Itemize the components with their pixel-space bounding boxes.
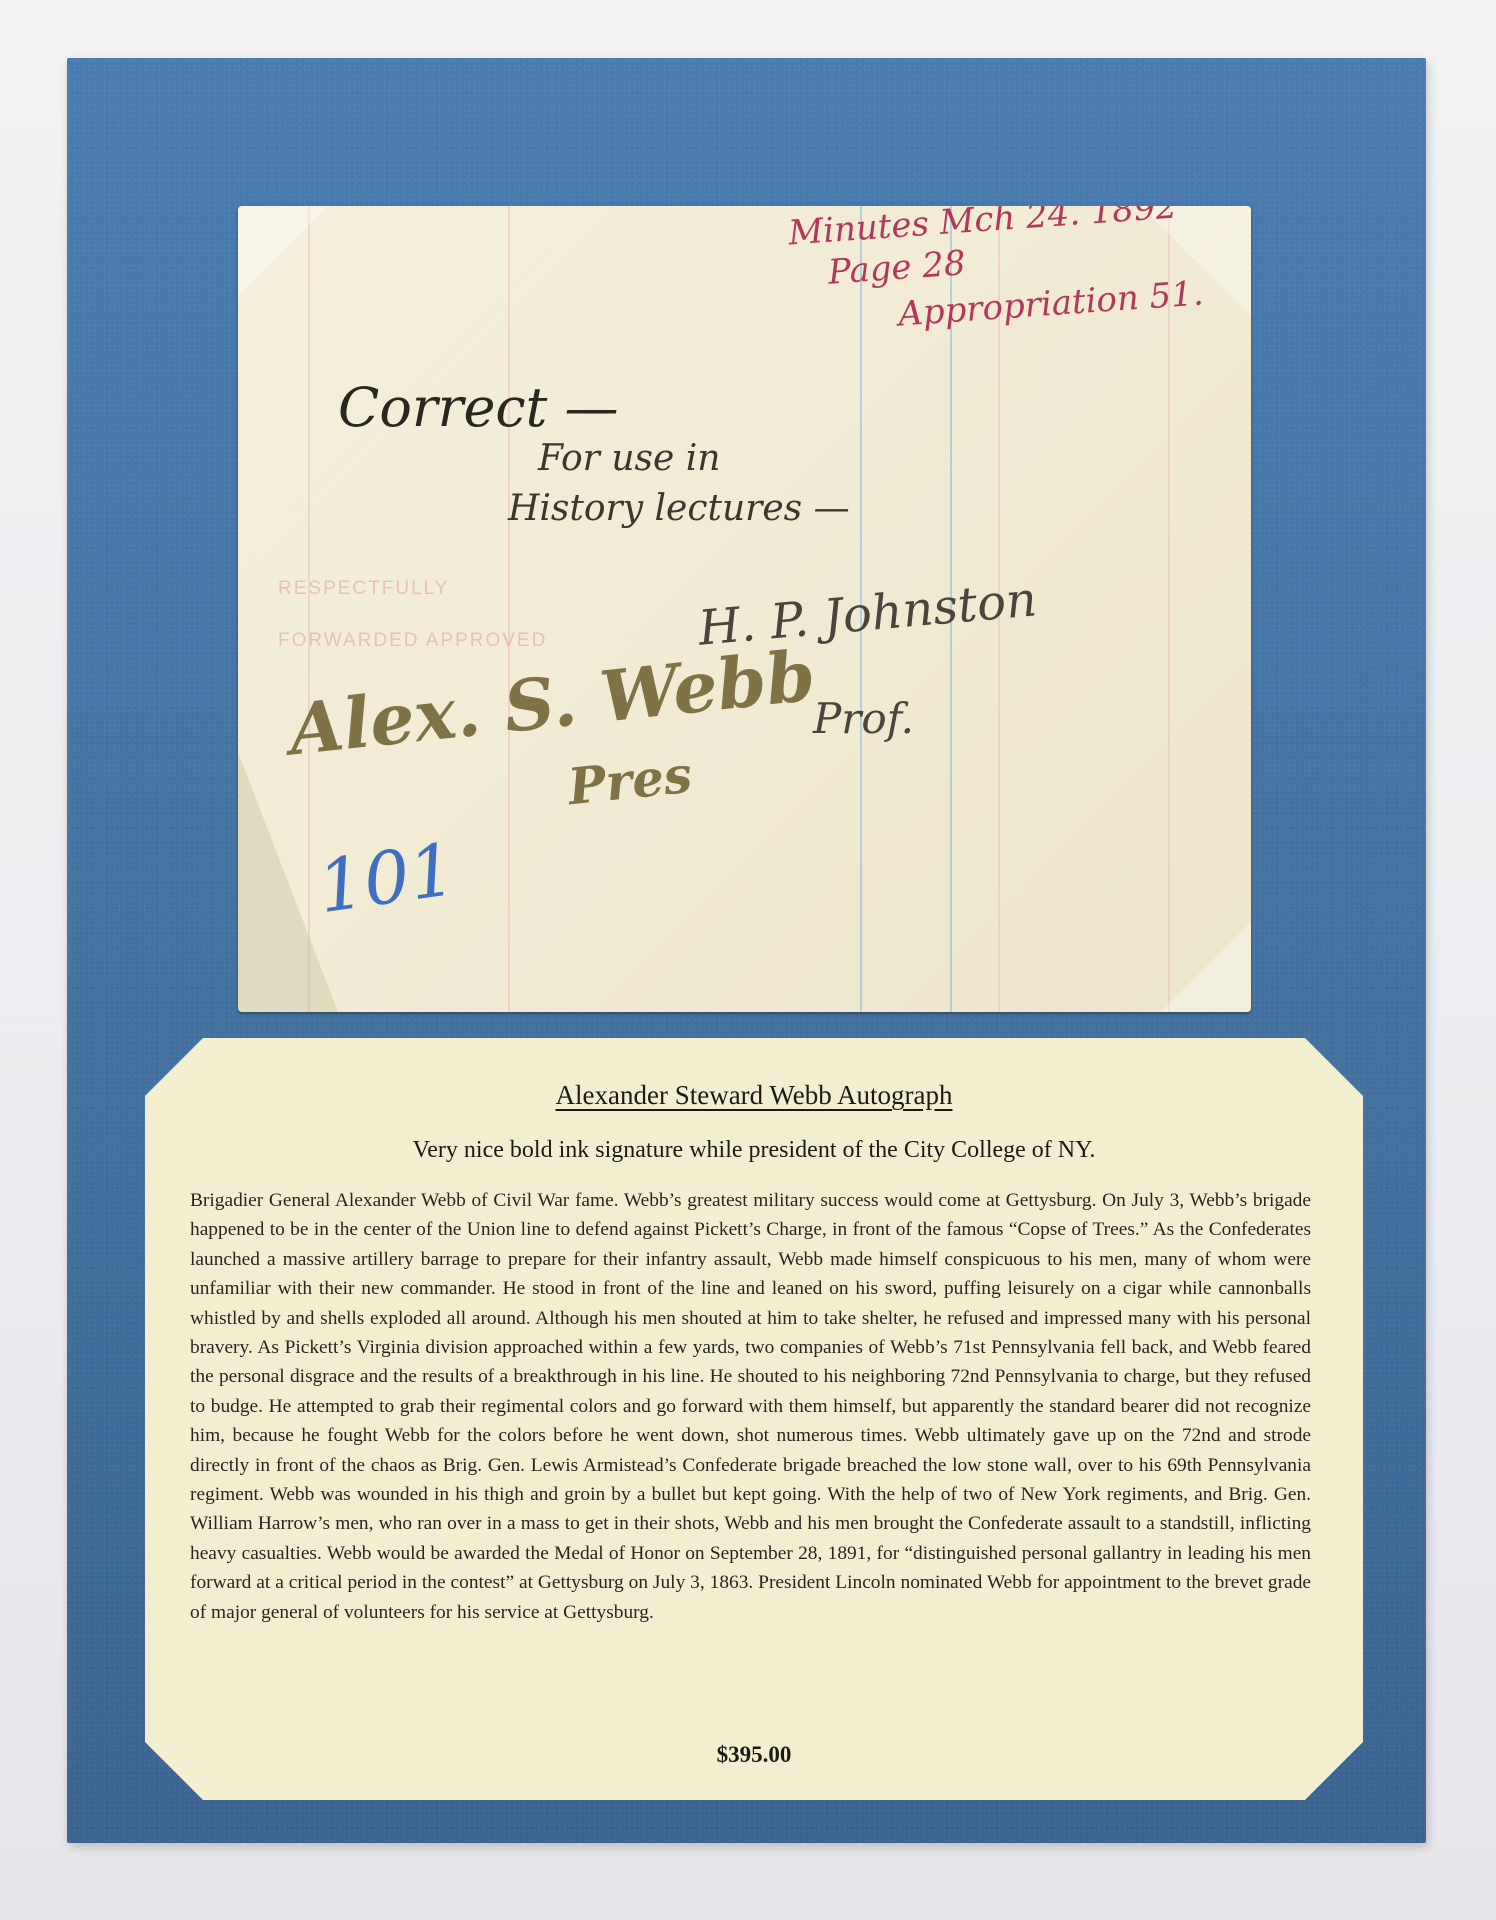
ledger-rule-pink — [508, 206, 510, 1012]
cosigner-title: Prof. — [813, 694, 914, 743]
card-title: Alexander Steward Webb Autograph — [145, 1080, 1363, 1111]
red-note-minutes: Minutes Mch 24. 1892 — [787, 206, 1178, 254]
printed-stamp-line2: FORWARDED APPROVED — [278, 630, 547, 652]
printed-stamp-line1: RESPECTFULLY — [278, 578, 449, 600]
ledger-rule-pink — [1168, 206, 1170, 1012]
webb-title: Pres — [565, 745, 694, 817]
photo-corner-mount — [238, 206, 328, 296]
autograph-document: Minutes Mch 24. 1892 Page 28 Appropriati… — [238, 206, 1251, 1012]
red-note-page: Page 28 — [827, 243, 967, 292]
note-for-use: For use in — [538, 438, 720, 479]
pencil-number: 101 — [313, 827, 461, 929]
photo-corner-mount — [1161, 922, 1251, 1012]
note-history-lectures: History lectures — — [508, 488, 850, 529]
ledger-rule-pink — [308, 206, 310, 1012]
card-subtitle: Very nice bold ink signature while presi… — [145, 1137, 1363, 1164]
card-description: Brigadier General Alexander Webb of Civi… — [190, 1186, 1311, 1627]
price-label: $395.00 — [145, 1742, 1363, 1768]
description-card: Alexander Steward Webb Autograph Very ni… — [145, 1038, 1363, 1800]
webb-signature: Alex. S. Webb — [285, 634, 819, 772]
note-correct: Correct — — [338, 376, 619, 439]
